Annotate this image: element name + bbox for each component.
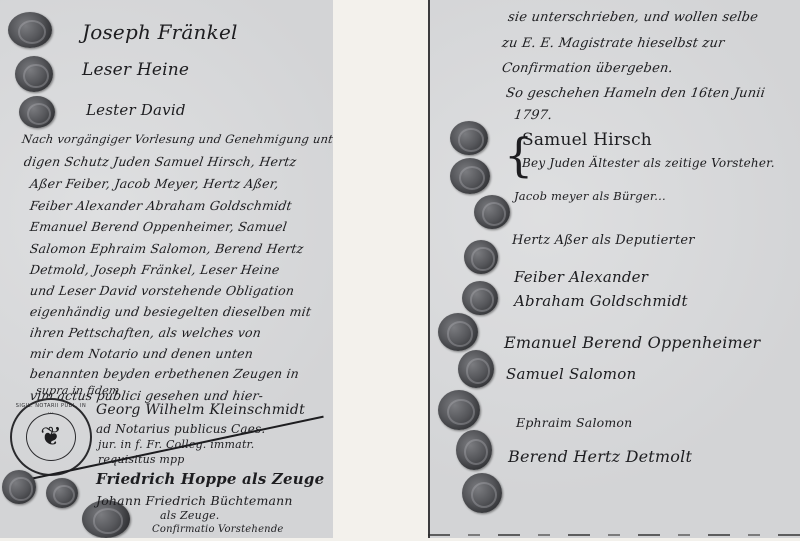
wax-seal-icon: [464, 240, 498, 274]
body-line: mir dem Notario und denen unten: [29, 346, 254, 361]
notary-signature-line: jur. in f. Fr. Colleg. immatr.: [98, 438, 255, 451]
wax-seal-icon: [462, 281, 498, 315]
witness-signature: Johann Friedrich Büchtemann: [96, 493, 293, 508]
wax-seal-icon: [438, 313, 478, 351]
body-line: Feiber Alexander Abraham Goldschmidt: [29, 198, 293, 213]
signature-ephraim-salomon: Ephraim Salomon: [516, 415, 632, 430]
signature-samuel-hirsch: Samuel Hirsch: [522, 130, 652, 150]
tree-emblem-icon: ❦: [26, 413, 76, 461]
signature-joseph-fraenkel: Joseph Fränkel: [82, 20, 238, 44]
body-line: Nach vorgängiger Vorlesung und Genehmigu…: [21, 132, 333, 146]
body-line: und Leser David vorstehende Obligation: [29, 283, 295, 298]
wax-seal-icon: [456, 430, 492, 470]
notary-stamp-icon: SIGIL. NOTARII PUBL. IN ... ❦: [10, 398, 92, 476]
signature-lester-david: Lester David: [86, 101, 186, 119]
witness-signature: Friedrich Hoppe als Zeuge: [96, 470, 324, 488]
body-line: Salomon Ephraim Salomon, Berend Hertz: [29, 241, 305, 256]
wax-seal-icon: [46, 478, 78, 508]
signature-emanuel-berend-oppenheimer: Emanuel Berend Oppenheimer: [504, 333, 760, 352]
body-line: eigenhändig und besiegelten dieselben mi…: [29, 304, 312, 319]
wax-seal-icon: [474, 195, 510, 229]
body-line: zu E. E. Magistrate hieselbst zur: [501, 36, 726, 51]
body-line: ihren Pettschaften, als welches von: [29, 325, 262, 340]
body-line: sie unterschrieben, und wollen selbe: [507, 10, 759, 25]
body-line: Emanuel Berend Oppenheimer, Samuel: [29, 219, 288, 234]
body-line: supra in fidem: [35, 384, 120, 397]
body-line: benannten beyden erbethenen Zeugen in: [29, 366, 300, 381]
body-line: Detmold, Joseph Fränkel, Leser Heine: [29, 262, 281, 277]
signature-feiber-alexander: Feiber Alexander: [514, 268, 648, 286]
wax-seal-icon: [15, 56, 53, 92]
signature-abraham-goldschmidt: Abraham Goldschmidt: [514, 292, 688, 310]
right-document-page: sie unterschrieben, und wollen selbe zu …: [428, 0, 800, 538]
signature-jacob-meyer: Jacob meyer als Bürger...: [514, 189, 666, 203]
notary-stamp-text: SIGIL. NOTARII PUBL. IN ...: [12, 403, 90, 415]
wax-seal-icon: [450, 158, 490, 194]
body-line: digen Schutz Juden Samuel Hirsch, Hertz: [23, 154, 298, 169]
notary-signature-line: Georg Wilhelm Kleinschmidt: [96, 402, 305, 418]
signature-leser-heine: Leser Heine: [82, 60, 189, 80]
wax-seal-icon: [458, 350, 494, 388]
wax-seal-icon: [438, 390, 480, 430]
signature-berend-hertz-detmolt: Berend Hertz Detmolt: [508, 447, 692, 466]
body-line: 1797.: [513, 108, 553, 123]
witness-signature: als Zeuge.: [160, 509, 220, 522]
footer-note: Confirmatio Vorstehende: [152, 524, 284, 535]
wax-seal-icon: [2, 470, 36, 504]
page-edge-rule: [428, 534, 800, 536]
body-line: Confirmation übergeben.: [501, 61, 674, 76]
signature-line: Bey Juden Ältester als zeitige Vorsteher…: [522, 156, 775, 170]
wax-seal-icon: [8, 12, 52, 48]
wax-seal-icon: [450, 121, 488, 155]
wax-seal-icon: [19, 96, 55, 128]
body-line: So geschehen Hameln den 16ten Junii: [505, 86, 766, 101]
wax-seal-icon: [462, 473, 502, 513]
signature-samuel-salomon: Samuel Salomon: [506, 365, 636, 383]
body-line: Aßer Feiber, Jacob Meyer, Hertz Aßer,: [29, 176, 280, 191]
left-document-page: Joseph Fränkel Leser Heine Lester David …: [0, 0, 333, 538]
signature-hertz-asser: Hertz Aßer als Deputierter: [512, 233, 695, 248]
